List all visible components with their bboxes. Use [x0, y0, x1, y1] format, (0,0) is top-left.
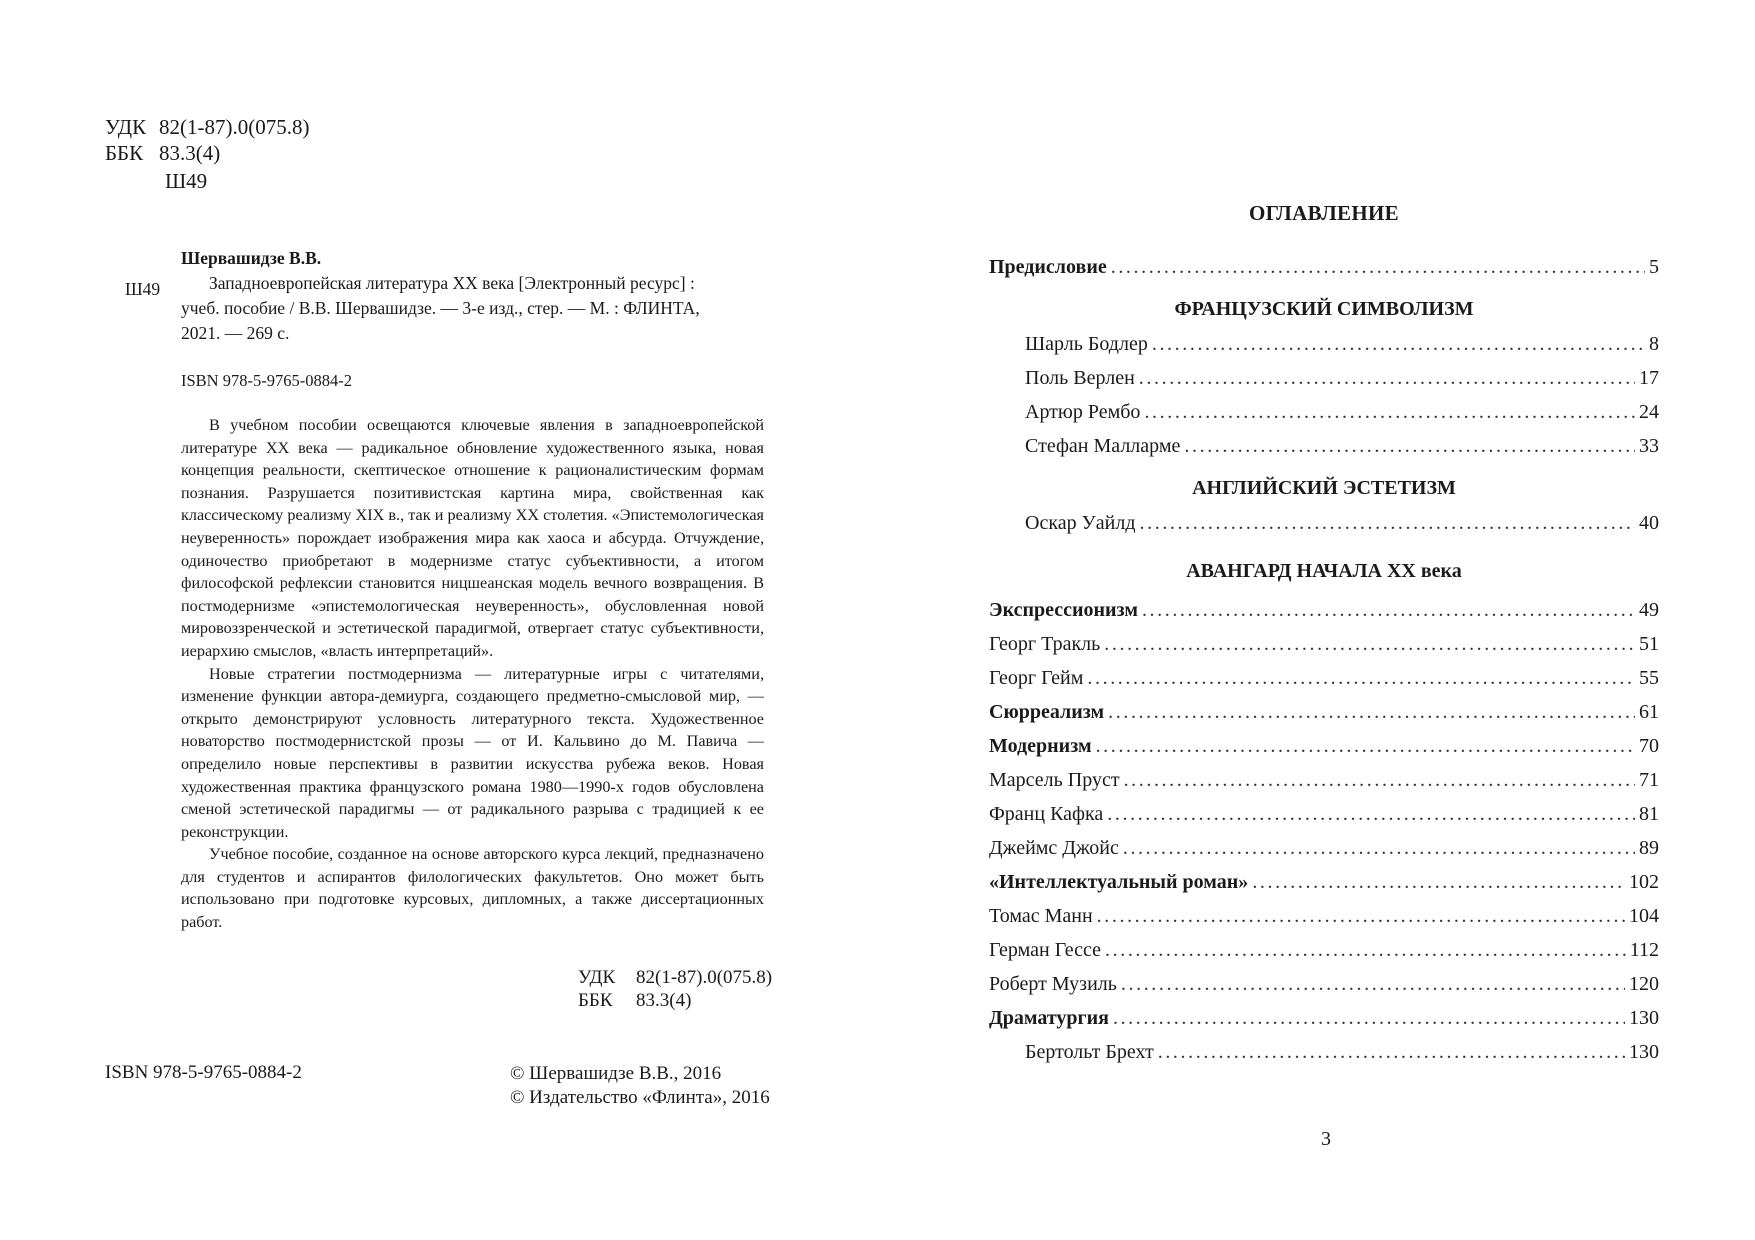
dot-leader: [1139, 361, 1635, 395]
copyright-author: © Шервашидзе В.В., 2016: [510, 1062, 770, 1086]
toc-entry-title: Драматургия: [989, 1001, 1113, 1035]
toc-entry[interactable]: Томас Манн104: [989, 899, 1659, 933]
citation-author: Шервашидзе В.В.: [181, 246, 764, 271]
top-classification-codes: УДК 82(1-87).0(075.8) ББК 83.3(4) Ш49: [105, 114, 309, 194]
copyright-block: © Шервашидзе В.В., 2016 © Издательство «…: [510, 1062, 770, 1110]
toc-entry-page: 71: [1635, 763, 1659, 797]
toc-entry-title: Георг Тракль: [989, 627, 1104, 661]
toc-entry-page: 61: [1635, 695, 1659, 729]
toc-entry-page: 49: [1635, 593, 1659, 627]
toc-entry-page: 102: [1625, 865, 1659, 899]
citation-line-2: учеб. пособие / В.В. Шервашидзе. — 3-е и…: [181, 296, 764, 321]
copyright-publisher: © Издательство «Флинта», 2016: [510, 1086, 770, 1110]
toc-entry[interactable]: Марсель Пруст71: [989, 763, 1659, 797]
dot-leader: [1107, 797, 1635, 831]
abstract: В учебном пособии освещаются ключевые яв…: [181, 414, 764, 934]
toc-entry-title: «Интеллектуальный роман»: [989, 865, 1252, 899]
bottom-classification-codes: УДК 82(1-87).0(075.8) ББК 83.3(4): [578, 966, 772, 1012]
dot-leader: [1121, 967, 1625, 1001]
dot-leader: [1184, 429, 1635, 463]
toc-entry-title: Артюр Рембо: [1025, 395, 1144, 429]
toc-entry-page: 51: [1635, 627, 1659, 661]
toc-entry-title: Предисловие: [989, 250, 1111, 284]
footer-isbn: ISBN 978-5-9765-0884-2: [105, 1062, 302, 1084]
toc-entry-title: Экспрессионизм: [989, 593, 1142, 627]
bbk-code: ББК 83.3(4): [578, 989, 772, 1012]
toc-entry[interactable]: Артюр Рембо24: [989, 395, 1659, 429]
toc-entry-title: Герман Гессе: [989, 933, 1105, 967]
toc-entry-page: 130: [1625, 1035, 1659, 1069]
abstract-paragraph: Учебное пособие, созданное на основе авт…: [181, 843, 764, 933]
dot-leader: [1123, 831, 1635, 865]
toc-entry-title: Сюрреализм: [989, 695, 1108, 729]
dot-leader: [1097, 899, 1625, 933]
toc-entry-page: 33: [1635, 429, 1659, 463]
toc-entry[interactable]: Георг Гейм55: [989, 661, 1659, 695]
toc-entry-title: Поль Верлен: [1025, 361, 1139, 395]
toc-section-heading: АНГЛИЙСКИЙ ЭСТЕТИЗМ: [989, 477, 1659, 500]
dot-leader: [1105, 933, 1626, 967]
toc-entry[interactable]: Шарль Бодлер8: [989, 327, 1659, 361]
toc-entry[interactable]: Франц Кафка81: [989, 797, 1659, 831]
isbn-line: ISBN 978-5-9765-0884-2: [181, 371, 352, 391]
toc-entry[interactable]: Роберт Музиль120: [989, 967, 1659, 1001]
toc-entry-page: 55: [1635, 661, 1659, 695]
toc-entry[interactable]: Стефан Малларме33: [989, 429, 1659, 463]
toc-entry-title: Франц Кафка: [989, 797, 1107, 831]
dot-leader: [1096, 729, 1635, 763]
toc-entry[interactable]: Модернизм70: [989, 729, 1659, 763]
toc-entry-page: 5: [1645, 250, 1659, 284]
dot-leader: [1113, 1001, 1625, 1035]
dot-leader: [1252, 865, 1625, 899]
toc-entry-title: Роберт Музиль: [989, 967, 1121, 1001]
abstract-paragraph: В учебном пособии освещаются ключевые яв…: [181, 414, 764, 663]
toc-entry-page: 24: [1635, 395, 1659, 429]
bbk-code: ББК 83.3(4): [105, 140, 309, 166]
toc-entry[interactable]: Джеймс Джойс89: [989, 831, 1659, 865]
toc-entry-page: 120: [1625, 967, 1659, 1001]
citation-author-mark: Ш49: [125, 279, 160, 300]
dot-leader: [1144, 395, 1635, 429]
toc-entry-page: 8: [1645, 327, 1659, 361]
toc-entry-title: Стефан Малларме: [1025, 429, 1184, 463]
toc-entry-title: Джеймс Джойс: [989, 831, 1123, 865]
dot-leader: [1111, 250, 1645, 284]
dot-leader: [1108, 695, 1635, 729]
toc-entry-title: Шарль Бодлер: [1025, 327, 1152, 361]
toc-title: ОГЛАВЛЕНИЕ: [989, 201, 1659, 226]
abstract-paragraph: Новые стратегии постмодернизма — литерат…: [181, 663, 764, 844]
author-mark: Ш49: [105, 168, 309, 194]
toc-entry[interactable]: Герман Гессе112: [989, 933, 1659, 967]
toc-entry-page: 40: [1635, 506, 1659, 540]
toc-entry[interactable]: «Интеллектуальный роман»102: [989, 865, 1659, 899]
toc-entry[interactable]: Георг Тракль51: [989, 627, 1659, 661]
dot-leader: [1140, 506, 1635, 540]
toc-entry-page: 130: [1625, 1001, 1659, 1035]
toc-entry-title: Оскар Уайлд: [1025, 506, 1140, 540]
citation-line-1: Западноевропейская литература XX века [Э…: [181, 271, 764, 296]
toc-entry[interactable]: Экспрессионизм49: [989, 593, 1659, 627]
toc-entry-title: Марсель Пруст: [989, 763, 1124, 797]
toc-entry[interactable]: Оскар Уайлд40: [989, 506, 1659, 540]
toc-section-heading: ФРАНЦУЗСКИЙ СИМВОЛИЗМ: [989, 298, 1659, 321]
dot-leader: [1152, 327, 1645, 361]
toc-entry-page: 17: [1635, 361, 1659, 395]
udk-code: УДК 82(1-87).0(075.8): [578, 966, 772, 989]
dot-leader: [1142, 593, 1635, 627]
toc-entry-page: 81: [1635, 797, 1659, 831]
toc-entry[interactable]: Поль Верлен17: [989, 361, 1659, 395]
toc-entry-page: 112: [1626, 933, 1659, 967]
toc-entry[interactable]: Бертольт Брехт130: [989, 1035, 1659, 1069]
toc-entry-page: 70: [1635, 729, 1659, 763]
toc-entry-title: Модернизм: [989, 729, 1096, 763]
toc-section-heading: АВАНГАРД НАЧАЛА XX века: [989, 560, 1659, 583]
bibliographic-citation: Шервашидзе В.В. Западноевропейская литер…: [181, 246, 764, 346]
toc-entry-page: 89: [1635, 831, 1659, 865]
table-of-contents: Предисловие5ФРАНЦУЗСКИЙ СИМВОЛИЗМШарль Б…: [989, 250, 1659, 1069]
toc-entry-title: Георг Гейм: [989, 661, 1087, 695]
page-number: 3: [1306, 1128, 1346, 1151]
toc-entry-title: Томас Манн: [989, 899, 1097, 933]
dot-leader: [1158, 1035, 1625, 1069]
toc-entry-title: Бертольт Брехт: [1025, 1035, 1158, 1069]
toc-entry[interactable]: Предисловие5: [989, 250, 1659, 284]
udk-code: УДК 82(1-87).0(075.8): [105, 114, 309, 140]
toc-entry-page: 104: [1625, 899, 1659, 933]
dot-leader: [1087, 661, 1635, 695]
toc-entry[interactable]: Сюрреализм61: [989, 695, 1659, 729]
dot-leader: [1124, 763, 1635, 797]
citation-line-3: 2021. — 269 с.: [181, 321, 764, 346]
dot-leader: [1104, 627, 1635, 661]
toc-entry[interactable]: Драматургия130: [989, 1001, 1659, 1035]
